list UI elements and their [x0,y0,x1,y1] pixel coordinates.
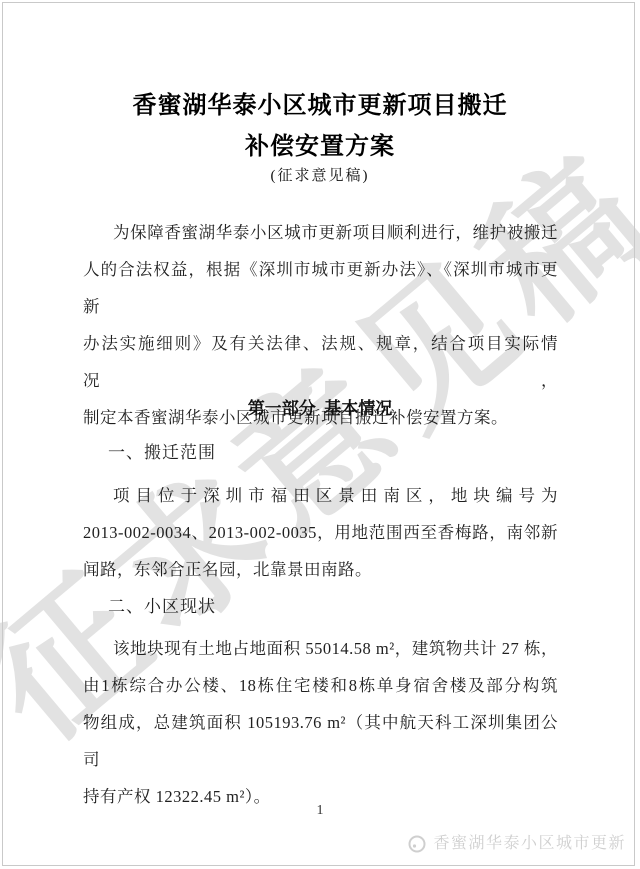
wechat-logo-icon [407,834,427,854]
paragraph-relocation-scope: 项目位于深圳市福田区景田南区，地块编号为2013-002-0034、2013-0… [83,477,558,588]
text-line: 物组成，总建筑面积 105193.76 m²（其中航天科工深圳集团公司 [83,704,558,778]
text-line: 由1栋综合办公楼、18栋住宅楼和8栋单身宿舍楼及部分构筑 [83,667,558,704]
text-line: 项目位于深圳市福田区景田南区，地块编号为 [83,477,558,514]
text-line: 闻路，东邻合正名园，北靠景田南路。 [83,551,558,588]
footer-brand: 香蜜湖华泰小区城市更新 [407,832,626,856]
document-title: 香蜜湖华泰小区城市更新项目搬迁 补偿安置方案 [0,86,640,168]
page-number: 1 [0,803,640,819]
text-line: 办法实施细则》及有关法律、法规、规章，结合项目实际情况， [83,325,558,399]
subsection-heading-relocation-scope: 一、搬迁范围 [108,434,216,471]
section-heading: 第一部分 基本情况 [0,390,640,427]
text-line: 人的合法权益，根据《深圳市城市更新办法》、《深圳市城市更新 [83,251,558,325]
document-page: 征求意见稿 香蜜湖华泰小区城市更新项目搬迁 补偿安置方案 (征求意见稿) 为保障… [0,0,640,869]
text-line: 该地块现有土地占地面积 55014.58 m²，建筑物共计 27 栋， [83,630,558,667]
text-line: 2013-002-0034、2013-002-0035，用地范围西至香梅路，南邻… [83,514,558,551]
subsection-heading-current-status: 二、小区现状 [108,588,216,625]
document-subtitle: (征求意见稿) [0,164,640,185]
paragraph-current-status: 该地块现有土地占地面积 55014.58 m²，建筑物共计 27 栋，由1栋综合… [83,630,558,815]
text-line: 为保障香蜜湖华泰小区城市更新项目顺利进行，维护被搬迁 [83,214,558,251]
footer-brand-label: 香蜜湖华泰小区城市更新 [433,832,626,856]
document-title-line2: 补偿安置方案 [0,127,640,168]
document-title-line1: 香蜜湖华泰小区城市更新项目搬迁 [0,86,640,127]
